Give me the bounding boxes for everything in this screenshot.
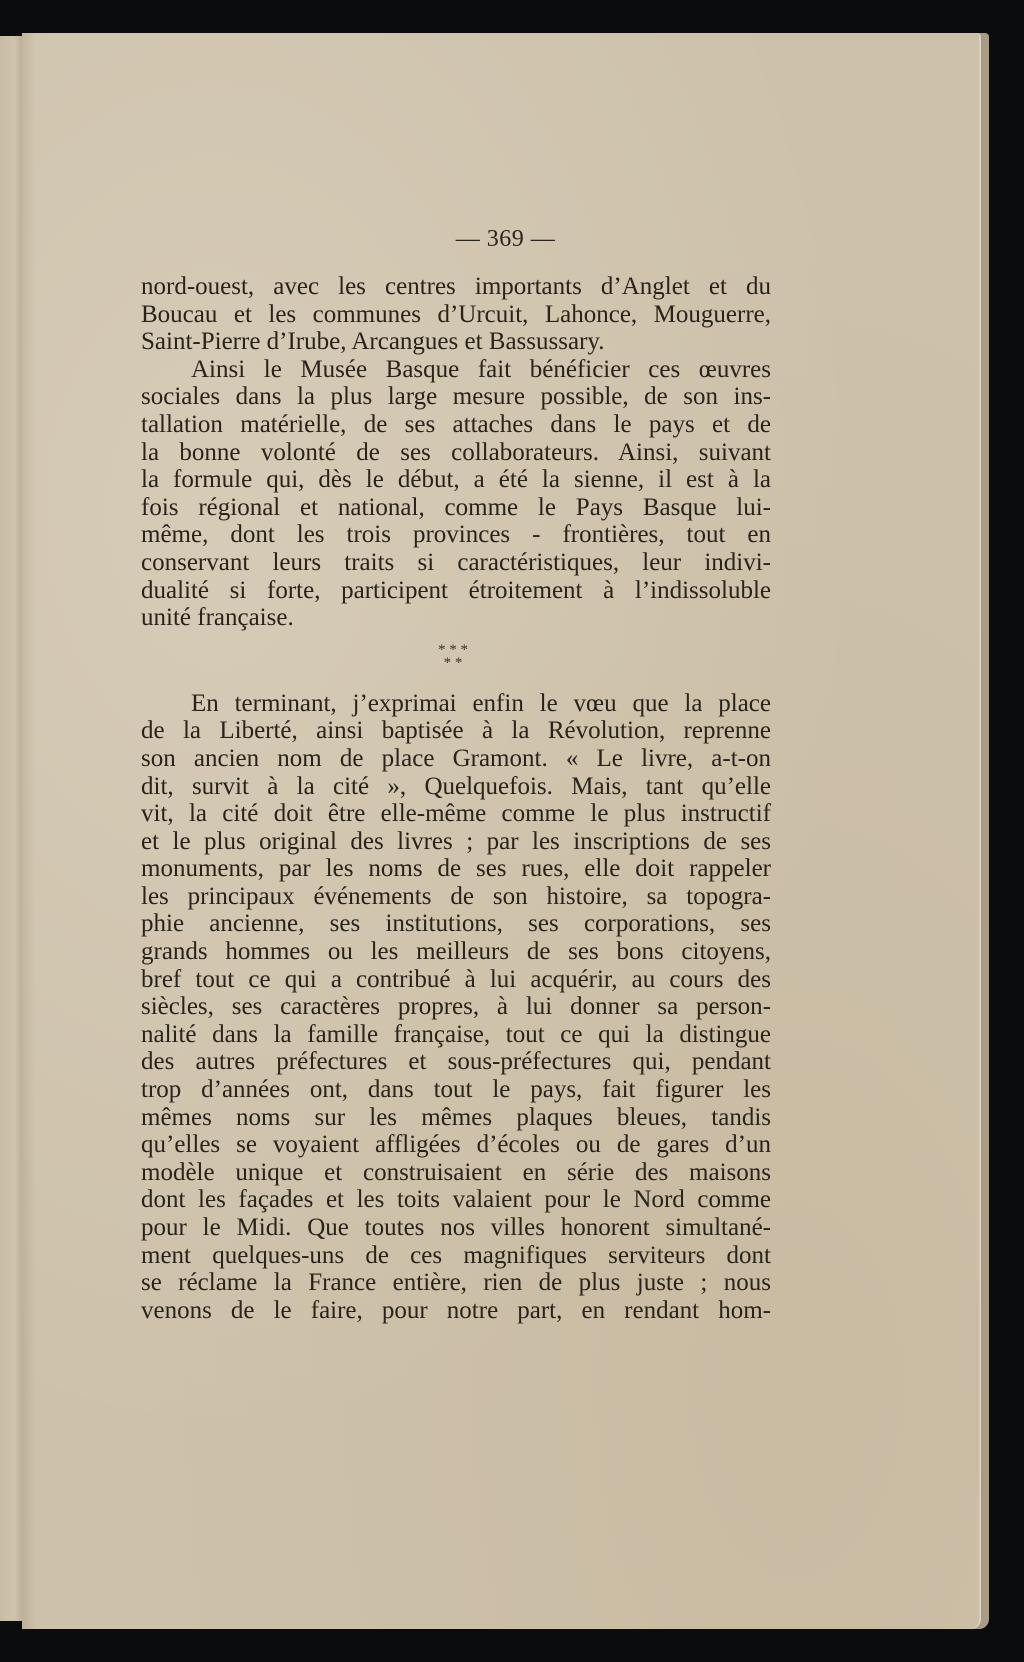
text-line: grands hommes ou les meilleurs de ses bo… — [141, 938, 771, 966]
text-line: nord-ouest, avec les centres importants … — [141, 273, 771, 301]
text-line: son ancien nom de place Gramont. « Le li… — [141, 745, 771, 773]
text-line: unité française. — [141, 604, 771, 632]
text-line: Ainsi le Musée Basque fait bénéficier ce… — [141, 356, 771, 384]
text-line: trop d’années ont, dans tout le pays, fa… — [141, 1076, 771, 1104]
text-line: dualité si forte, participent étroitemen… — [141, 577, 771, 605]
text-line: phie ancienne, ses institutions, ses cor… — [141, 910, 771, 938]
text-line: venons de le faire, pour notre part, en … — [141, 1297, 771, 1325]
text-line: vit, la cité doit être elle-même comme l… — [141, 800, 771, 828]
asterism-row: * * — [135, 657, 771, 670]
text-line: Boucau et les communes d’Urcuit, Lahonce… — [141, 301, 771, 329]
text-line: dont les façades et les toits valaient p… — [141, 1186, 771, 1214]
text-line: modèle unique et construisaient en série… — [141, 1159, 771, 1187]
text-line: conservant leurs traits si caractéristiq… — [141, 549, 771, 577]
text-line: tallation matérielle, de ses attaches da… — [141, 411, 771, 439]
text-line: même, dont les trois provinces - frontiè… — [141, 521, 771, 549]
text-line: siècles, ses caractères propres, à lui d… — [141, 993, 771, 1021]
text-line: qu’elles se voyaient affligées d’écoles … — [141, 1131, 771, 1159]
text-line: En terminant, j’exprimai enfin le vœu qu… — [141, 690, 771, 718]
text-line: se réclame la France entière, rien de pl… — [141, 1269, 771, 1297]
text-line: pour le Midi. Que toutes nos villes hono… — [141, 1214, 771, 1242]
text-line: la formule qui, dès le début, a été la s… — [141, 466, 771, 494]
text-line: bref tout ce qui a contribué à lui acqué… — [141, 966, 771, 994]
book-page: — 369 — nord-ouest, avec les centres imp… — [22, 33, 989, 1629]
text-line: fois régional et national, comme le Pays… — [141, 494, 771, 522]
text-line: Saint-Pierre d’Irube, Arcangues et Bassu… — [141, 328, 771, 356]
text-line: des autres préfectures et sous-préfectur… — [141, 1048, 771, 1076]
paragraph-place-gramont: En terminant, j’exprimai enfin le vœu qu… — [141, 690, 771, 1325]
paragraph-continuation: nord-ouest, avec les centres importants … — [141, 273, 771, 356]
text-line: monuments, par les noms de ses rues, ell… — [141, 855, 771, 883]
text-line: ment quelques-uns de ces magnifiques ser… — [141, 1242, 771, 1270]
section-separator-asterism: * * * * * — [141, 632, 771, 690]
text-line: sociales dans la plus large mesure possi… — [141, 383, 771, 411]
text-line: et le plus original des livres ; par les… — [141, 828, 771, 856]
body-text: nord-ouest, avec les centres importants … — [141, 273, 771, 1324]
text-line: de la Liberté, ainsi baptisée à la Révol… — [141, 717, 771, 745]
page-number: — 369 — — [22, 226, 989, 253]
text-line: la bonne volonté de ses collaborateurs. … — [141, 439, 771, 467]
paragraph-musee-basque: Ainsi le Musée Basque fait bénéficier ce… — [141, 356, 771, 632]
text-line: nalité dans la famille française, tout c… — [141, 1021, 771, 1049]
text-line: dit, survit à la cité », Quelquefois. Ma… — [141, 773, 771, 801]
text-line: mêmes noms sur les mêmes plaques bleues,… — [141, 1104, 771, 1132]
text-line: les principaux événements de son histoir… — [141, 883, 771, 911]
